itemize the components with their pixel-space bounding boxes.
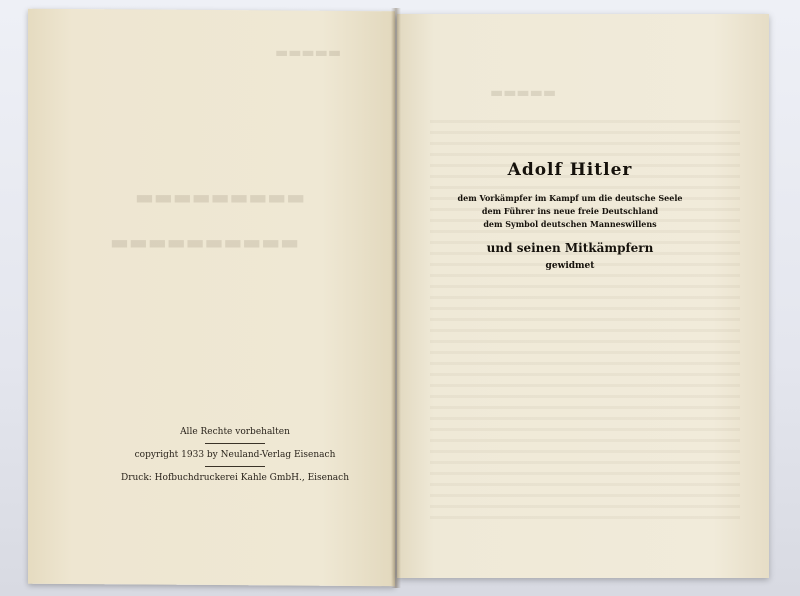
show-through-mark: ▬▬▬▬▬▬▬▬▬ <box>135 185 305 209</box>
left-page <box>28 9 395 587</box>
imprint-printer: Druck: Hofbuchdruckerei Kahle GmbH., Eis… <box>110 471 360 485</box>
show-through-mark: ▬▬▬▬▬ <box>490 85 556 101</box>
show-through-mark: ▬▬▬▬▬▬▬▬▬▬ <box>110 230 299 254</box>
dedication-closing: gewidmet <box>420 261 720 271</box>
divider <box>205 466 265 467</box>
imprint-rights: Alle Rechte vorbehalten <box>110 425 360 439</box>
imprint-block: Alle Rechte vorbehalten copyright 1933 b… <box>110 425 360 485</box>
dedication-title: Adolf Hitler <box>420 160 720 180</box>
book-gutter <box>391 8 401 588</box>
imprint-copyright: copyright 1933 by Neuland-Verlag Eisenac… <box>110 448 360 462</box>
dedication-block: Adolf Hitler dem Vorkämpfer im Kampf um … <box>420 160 720 271</box>
dedication-line: dem Symbol deutschen Manneswillens <box>420 218 720 231</box>
dedication-subline: und seinen Mitkämpfern <box>420 241 720 255</box>
dedication-line: dem Vorkämpfer im Kampf um die deutsche … <box>420 192 720 205</box>
show-through-mark: ▬▬▬▬▬ <box>275 45 341 61</box>
divider <box>205 443 265 444</box>
dedication-line: dem Führer ins neue freie Deutschland <box>420 205 720 218</box>
